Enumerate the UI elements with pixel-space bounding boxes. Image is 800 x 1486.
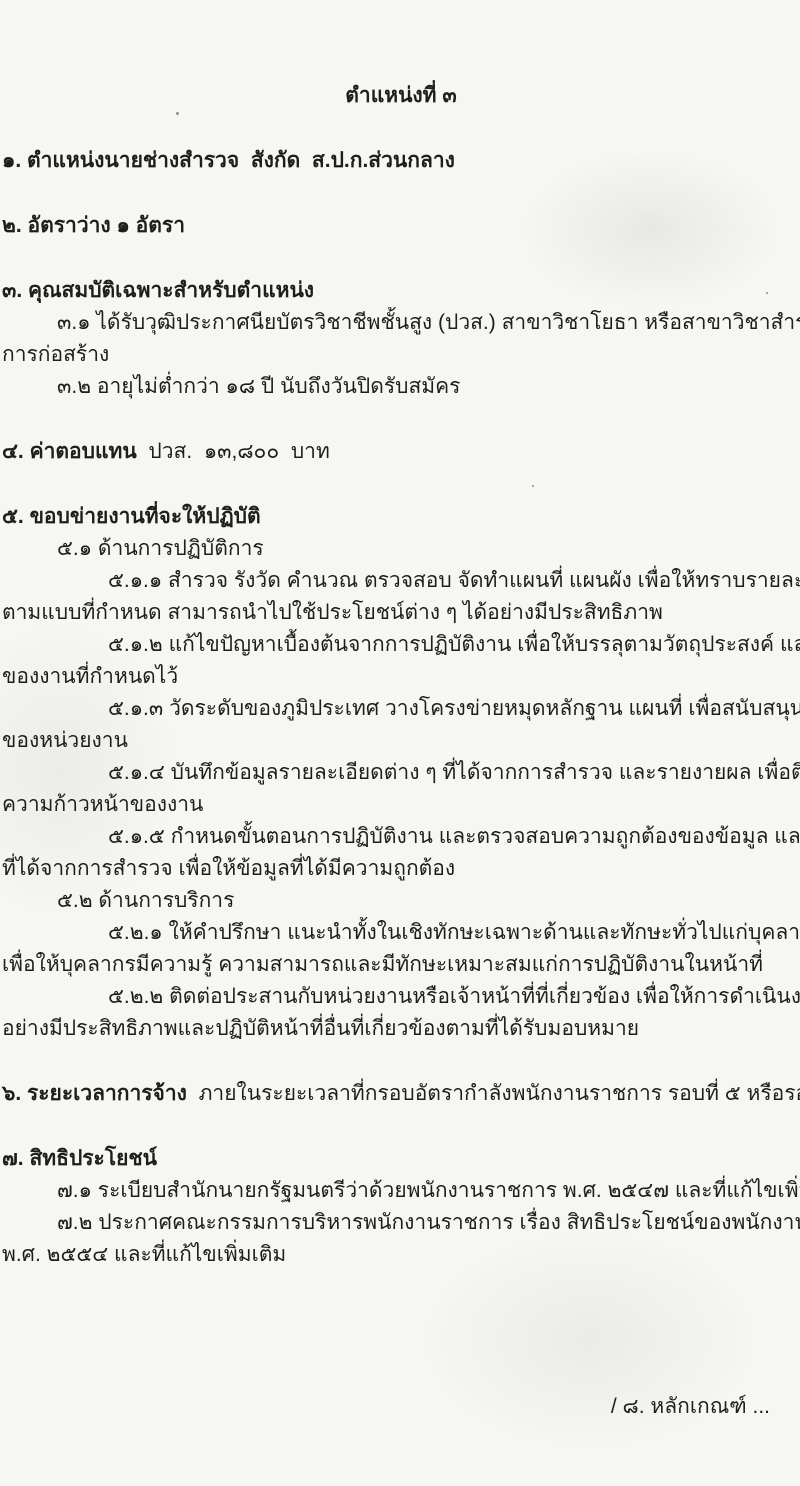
bold-text: ๑. ตำแหน่งนายช่างสำรวจ สังกัด ส.ป.ก.ส่วน…: [2, 149, 455, 172]
section-heading: ๓. คุณสมบัติเฉพาะสำหรับตำแหน่ง: [0, 275, 800, 307]
regular-text: ความก้าวหน้าของงาน: [2, 793, 203, 816]
text-line: ตามแบบที่กำหนด สามารถนำไปใช้ประโยชน์ต่าง…: [0, 597, 800, 629]
text-line: การก่อสร้าง: [0, 339, 800, 371]
section-heading: ๒. อัตราว่าง ๑ อัตรา: [0, 210, 800, 242]
page-continuation-note: / ๘. หลักเกณฑ์ ...: [0, 1359, 800, 1455]
text-line: ๕.๒.๒ ติดต่อประสานกับหน่วยงานหรือเจ้าหน้…: [0, 981, 800, 1013]
regular-text: พ.ศ. ๒๕๕๔ และที่แก้ไขเพิ่มเติม: [2, 1243, 286, 1266]
section-heading: ๗. สิทธิประโยชน์: [0, 1143, 800, 1175]
continuation-note-text: / ๘. หลักเกณฑ์ ...: [611, 1395, 770, 1418]
regular-text: การก่อสร้าง: [2, 343, 109, 366]
text-line: ๕.๒.๑ ให้คำปรึกษา แนะนำทั้งในเชิงทักษะเฉ…: [0, 917, 800, 949]
regular-text: ๗.๒ ประกาศคณะกรรมการบริหารพนักงานราชการ …: [57, 1211, 800, 1234]
text-line: ๕.๑.๒ แก้ไขปัญหาเบื้องต้นจากการปฏิบัติงา…: [0, 629, 800, 661]
text-line: อย่างมีประสิทธิภาพและปฏิบัติหน้าที่อื่นท…: [0, 1013, 800, 1045]
regular-text: ของงานที่กำหนดไว้: [2, 665, 178, 688]
document-body: ๑. ตำแหน่งนายช่างสำรวจ สังกัด ส.ป.ก.ส่วน…: [0, 145, 800, 1271]
text-line: ที่ได้จากการสำรวจ เพื่อให้ข้อมูลที่ได้มี…: [0, 853, 800, 885]
regular-text: ๕.๒.๑ ให้คำปรึกษา แนะนำทั้งในเชิงทักษะเฉ…: [108, 921, 800, 944]
regular-text: ๕.๑.๔ บันทึกข้อมูลรายละเอียดต่าง ๆ ที่ได…: [108, 761, 800, 784]
regular-text: ๓.๑ ได้รับวุฒิประกาศนียบัตรวิชาชีพชั้นสู…: [57, 311, 800, 334]
document-page: ตำแหน่งที่ ๓ ๑. ตำแหน่งนายช่างสำรวจ สังก…: [0, 0, 800, 1486]
text-line: ๗.๒ ประกาศคณะกรรมการบริหารพนักงานราชการ …: [0, 1207, 800, 1239]
text-line: ๓.๒ อายุไม่ต่ำกว่า ๑๘ ปี นับถึงวันปิดรับ…: [0, 371, 800, 403]
regular-text: ๗.๑ ระเบียบสำนักนายกรัฐมนตรีว่าด้วยพนักง…: [57, 1179, 800, 1202]
regular-text: ตามแบบที่กำหนด สามารถนำไปใช้ประโยชน์ต่าง…: [2, 601, 663, 624]
regular-text: ๕.๑.๑ สำรวจ รังวัด คำนวณ ตรวจสอบ จัดทำแผ…: [108, 569, 800, 592]
document-content: ตำแหน่งที่ ๓ ๑. ตำแหน่งนายช่างสำรวจ สังก…: [0, 0, 800, 1455]
text-line: ความก้าวหน้าของงาน: [0, 789, 800, 821]
regular-text: ที่ได้จากการสำรวจ เพื่อให้ข้อมูลที่ได้มี…: [2, 857, 455, 880]
section-heading: ๕. ขอบข่ายงานที่จะให้ปฏิบัติ: [0, 501, 800, 533]
text-line: ๕.๑ ด้านการปฏิบัติการ: [0, 533, 800, 565]
text-line: ๓.๑ ได้รับวุฒิประกาศนียบัตรวิชาชีพชั้นสู…: [0, 307, 800, 339]
regular-text: อย่างมีประสิทธิภาพและปฏิบัติหน้าที่อื่นท…: [2, 1017, 639, 1040]
bold-text: ๒. อัตราว่าง ๑ อัตรา: [2, 214, 185, 237]
bold-text: ๖. ระยะเวลาการจ้าง: [2, 1082, 187, 1105]
page-title: ตำแหน่งที่ ๓: [0, 80, 800, 112]
regular-text: ๕.๑ ด้านการปฏิบัติการ: [57, 537, 264, 560]
text-line: ๕.๑.๔ บันทึกข้อมูลรายละเอียดต่าง ๆ ที่ได…: [0, 757, 800, 789]
text-line: พ.ศ. ๒๕๕๔ และที่แก้ไขเพิ่มเติม: [0, 1239, 800, 1271]
bold-text: ๔. ค่าตอบแทน: [2, 440, 137, 463]
regular-text: เพื่อให้บุคลากรมีความรู้ ความสามารถและมี…: [2, 953, 763, 976]
text-line: ๕.๑.๑ สำรวจ รังวัด คำนวณ ตรวจสอบ จัดทำแผ…: [0, 565, 800, 597]
text-line: ของหน่วยงาน: [0, 725, 800, 757]
text-line: ๕.๒ ด้านการบริการ: [0, 885, 800, 917]
regular-text: ๕.๒.๒ ติดต่อประสานกับหน่วยงานหรือเจ้าหน้…: [108, 985, 800, 1008]
regular-text: ภายในระยะเวลาที่กรอบอัตรากำลังพนักงานราช…: [187, 1082, 800, 1105]
bold-text: ๕. ขอบข่ายงานที่จะให้ปฏิบัติ: [2, 505, 261, 528]
regular-text: ของหน่วยงาน: [2, 729, 128, 752]
text-line: เพื่อให้บุคลากรมีความรู้ ความสามารถและมี…: [0, 949, 800, 981]
regular-text: ๓.๒ อายุไม่ต่ำกว่า ๑๘ ปี นับถึงวันปิดรับ…: [57, 375, 460, 398]
regular-text: ๕.๑.๓ วัดระดับของภูมิประเทศ วางโครงข่ายห…: [108, 697, 800, 720]
section-heading: ๖. ระยะเวลาการจ้าง ภายในระยะเวลาที่กรอบอ…: [0, 1078, 800, 1110]
section-heading: ๔. ค่าตอบแทน ปวส. ๑๓,๘๐๐ บาท: [0, 436, 800, 468]
text-line: ๗.๑ ระเบียบสำนักนายกรัฐมนตรีว่าด้วยพนักง…: [0, 1175, 800, 1207]
regular-text: ปวส. ๑๓,๘๐๐ บาท: [137, 440, 330, 463]
bold-text: ๓. คุณสมบัติเฉพาะสำหรับตำแหน่ง: [2, 279, 314, 302]
text-line: ๕.๑.๓ วัดระดับของภูมิประเทศ วางโครงข่ายห…: [0, 693, 800, 725]
regular-text: ๕.๑.๕ กำหนดขั้นตอนการปฏิบัติงาน และตรวจส…: [108, 825, 800, 848]
text-line: ของงานที่กำหนดไว้: [0, 661, 800, 693]
section-heading: ๑. ตำแหน่งนายช่างสำรวจ สังกัด ส.ป.ก.ส่วน…: [0, 145, 800, 177]
regular-text: ๕.๒ ด้านการบริการ: [57, 889, 234, 912]
text-line: ๕.๑.๕ กำหนดขั้นตอนการปฏิบัติงาน และตรวจส…: [0, 821, 800, 853]
bold-text: ๗. สิทธิประโยชน์: [2, 1147, 157, 1170]
regular-text: ๕.๑.๒ แก้ไขปัญหาเบื้องต้นจากการปฏิบัติงา…: [108, 633, 800, 656]
